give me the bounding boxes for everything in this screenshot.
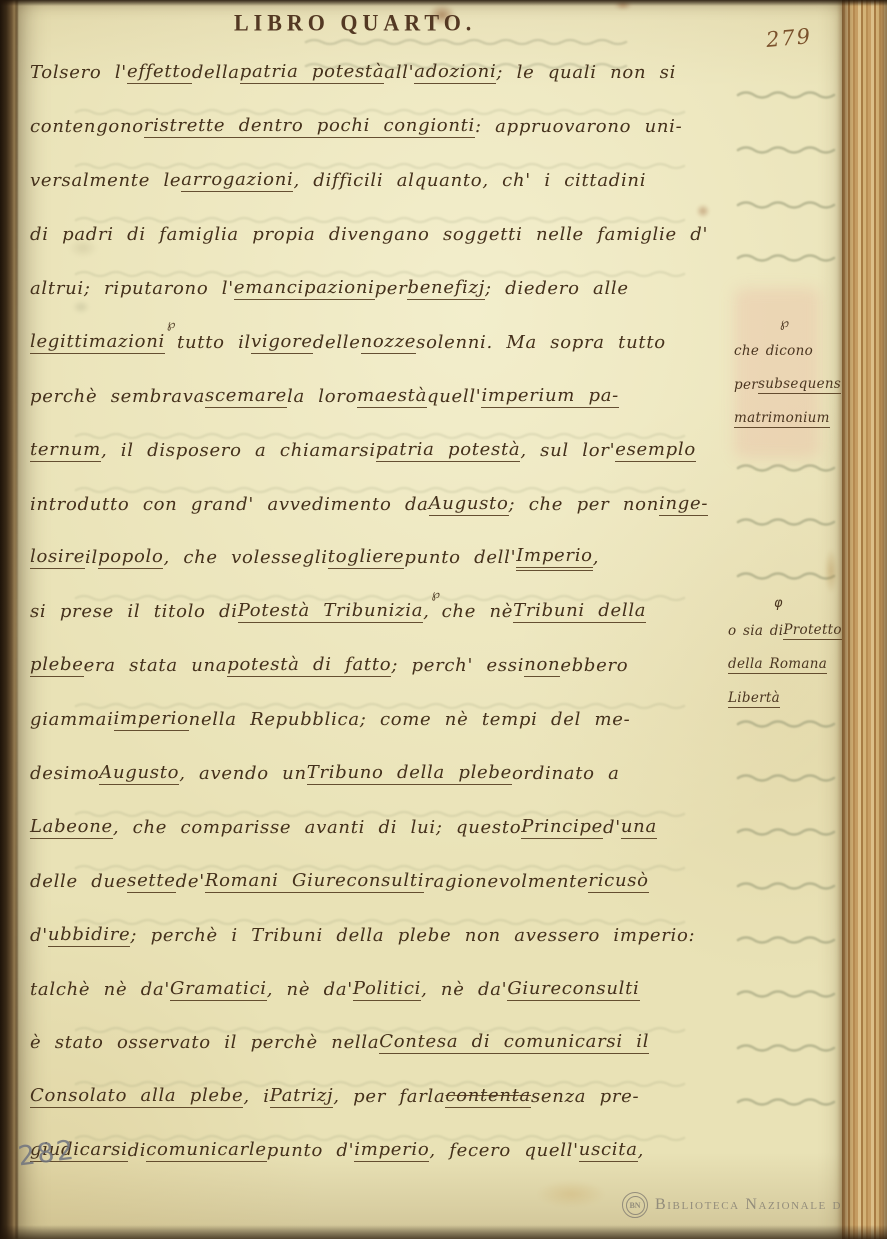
manuscript-line: talchè nè da' Gramatici, nè da' Politici…: [30, 962, 736, 1016]
folio-number: 279: [765, 24, 813, 52]
manuscript-line: altrui; riputarono l'emancipazioni per b…: [30, 262, 736, 316]
manuscript-line: losire il popolo, che volessegli toglier…: [30, 531, 736, 585]
manuscript-line: giammai imperio nella Repubblica; come n…: [30, 693, 736, 747]
manuscript-line: d' ubbidire; perchè i Tribuni della pleb…: [30, 908, 736, 962]
page-stack-edge: [842, 0, 887, 1239]
manuscript-line: Labeone, che comparisse avanti di lui; q…: [30, 800, 736, 854]
manuscript-line: di padri di famiglia propia divengano so…: [30, 208, 736, 262]
library-logo-icon: BN: [622, 1192, 648, 1218]
manuscript-line: delle due sette de' Romani Giureconsulti…: [30, 854, 736, 908]
manuscript-line: perchè sembrava scemare la loro maestà q…: [30, 369, 736, 423]
manuscript-line: ternum, il disposero a chiamarsi patria …: [30, 423, 736, 477]
manuscript-line: plebe era stata una potestà di fatto; pe…: [30, 639, 736, 693]
manuscript-line: contengono ristrette dentro pochi congio…: [30, 100, 736, 154]
stain: [614, 0, 632, 10]
manuscript-line: versalmente le arrogazioni, difficili al…: [30, 154, 736, 208]
manuscript-page: LIBRO QUARTO. 279 Tolsero l'effetto dell…: [16, 0, 844, 1239]
manuscript-line: legittimazioni℘ tutto il vigore delle no…: [30, 315, 736, 369]
manuscript-line: desimo Augusto, avendo un Tribuno della …: [30, 747, 736, 801]
page-title: LIBRO QUARTO.: [234, 9, 476, 36]
manuscript-line: Tolsero l'effetto della patria potestà a…: [30, 46, 736, 100]
manuscript-line: Consolato alla plebe, i Patrizj, per far…: [30, 1070, 736, 1124]
manuscript-body: Tolsero l'effetto della patria potestà a…: [30, 46, 736, 1178]
gutter-crease: [15, 0, 18, 1239]
manuscript-photo: LIBRO QUARTO. 279 Tolsero l'effetto dell…: [0, 0, 887, 1239]
manuscript-line: introdutto con grand' avvedimento da Aug…: [30, 477, 736, 531]
manuscript-line: è stato osservato il perchè nella Contes…: [30, 1016, 736, 1070]
stain: [536, 1180, 606, 1208]
manuscript-line: si prese il titolo di Potestà Tribunizia…: [30, 585, 736, 639]
manuscript-line: giudicarsi di comunicarle punto d' imper…: [30, 1124, 736, 1178]
stain: [824, 548, 838, 594]
